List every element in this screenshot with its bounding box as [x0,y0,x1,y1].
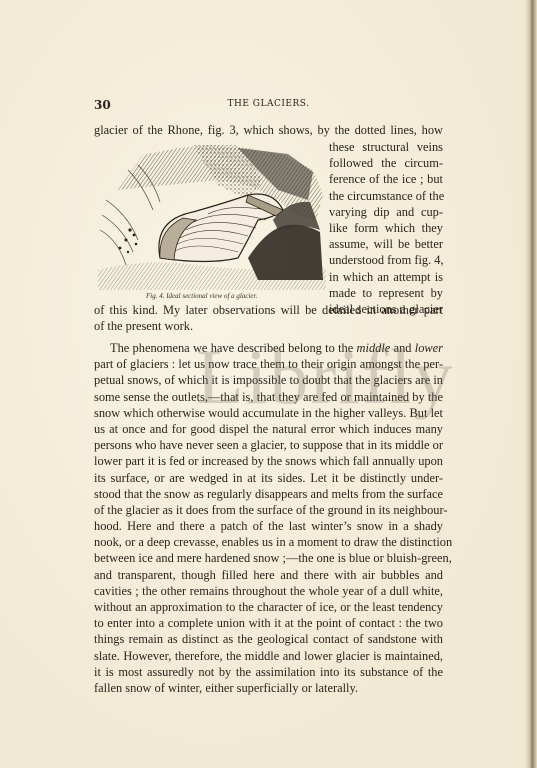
running-title: THE GLACIERS. [94,99,443,109]
text-line: understood from fig. 4, [329,252,443,268]
text-line: stood that the snow as regularly disappe… [94,486,443,502]
text-line: some sense the outlets,—that is, that th… [94,389,443,405]
text-line: made to represent by [329,285,443,301]
text-line: its surface, or are wedged in at its sid… [94,470,443,486]
figure-caption: Fig. 4. Ideal sectional view of a glacie… [146,292,316,300]
paragraph-1: of this kind. My later observations will… [94,302,443,334]
emphasis-middle: middle [357,341,391,355]
text-line: in which an attempt is [329,269,443,285]
book-page: 30 THE GLACIERS. glacier of the Rhone, f… [0,0,537,768]
emphasis-lower: lower [415,341,443,355]
text-line: ference of the ice ; but [329,171,443,187]
text-line: like form which they [329,220,443,236]
text-line: without an approximation to the characte… [94,599,443,615]
text-line: it is most assuredly not by the assimila… [94,664,443,680]
text-line: nook, or a deep crevasse, enables us in … [94,534,443,550]
page-edge [525,0,537,768]
text-line: of the glacier as it does from the surfa… [94,502,443,518]
text-line: glacier of the Rhone, fig. 3, which show… [94,122,443,138]
text-line: hood. Here and there a patch of the last… [94,518,443,534]
text-line: of the present work. [94,318,443,334]
text-line: these structural veins [329,139,443,155]
text-line: slate. However, therefore, the middle an… [94,648,443,664]
text-line: part of glaciers : let us now trace them… [94,356,443,372]
text-line: between ice and mere hardened snow ;—the… [94,550,443,566]
text-line: persons who have never seen a glacier, t… [94,437,443,453]
text-line: petual snows, of which it is impossible … [94,372,443,388]
text-line: followed the circum- [329,155,443,171]
paragraph-2: The phenomena we have described belong t… [94,340,443,696]
running-head: 30 THE GLACIERS. [94,98,443,112]
opening-line-block: glacier of the Rhone, fig. 3, which show… [94,122,443,138]
text-line: snow which otherwise would accumulate in… [94,405,443,421]
text-line: of this kind. My later observations will… [94,302,443,318]
glacier-illustration-icon [98,140,326,290]
text-line: cavities ; the other remains throughout … [94,583,443,599]
text-line: us at once and for good dispel the natur… [94,421,443,437]
text-line: varying dip and cup- [329,204,443,220]
text-line: and transparent, though filled here and … [94,567,443,583]
text-line: the circumstance of the [329,188,443,204]
side-column-text: these structural veins followed the circ… [329,139,443,317]
text-line: fallen snow of winter, either superficia… [94,680,443,696]
text-line: assume, will be better [329,236,443,252]
figure-4 [98,140,326,290]
text-line: to enter into a complete union with it a… [94,615,443,631]
text-line: things remain as distinct as the geologi… [94,631,443,647]
text-line: lower part it is fed or increased by the… [94,453,443,469]
text-line: The phenomena we have described belong t… [94,340,443,356]
